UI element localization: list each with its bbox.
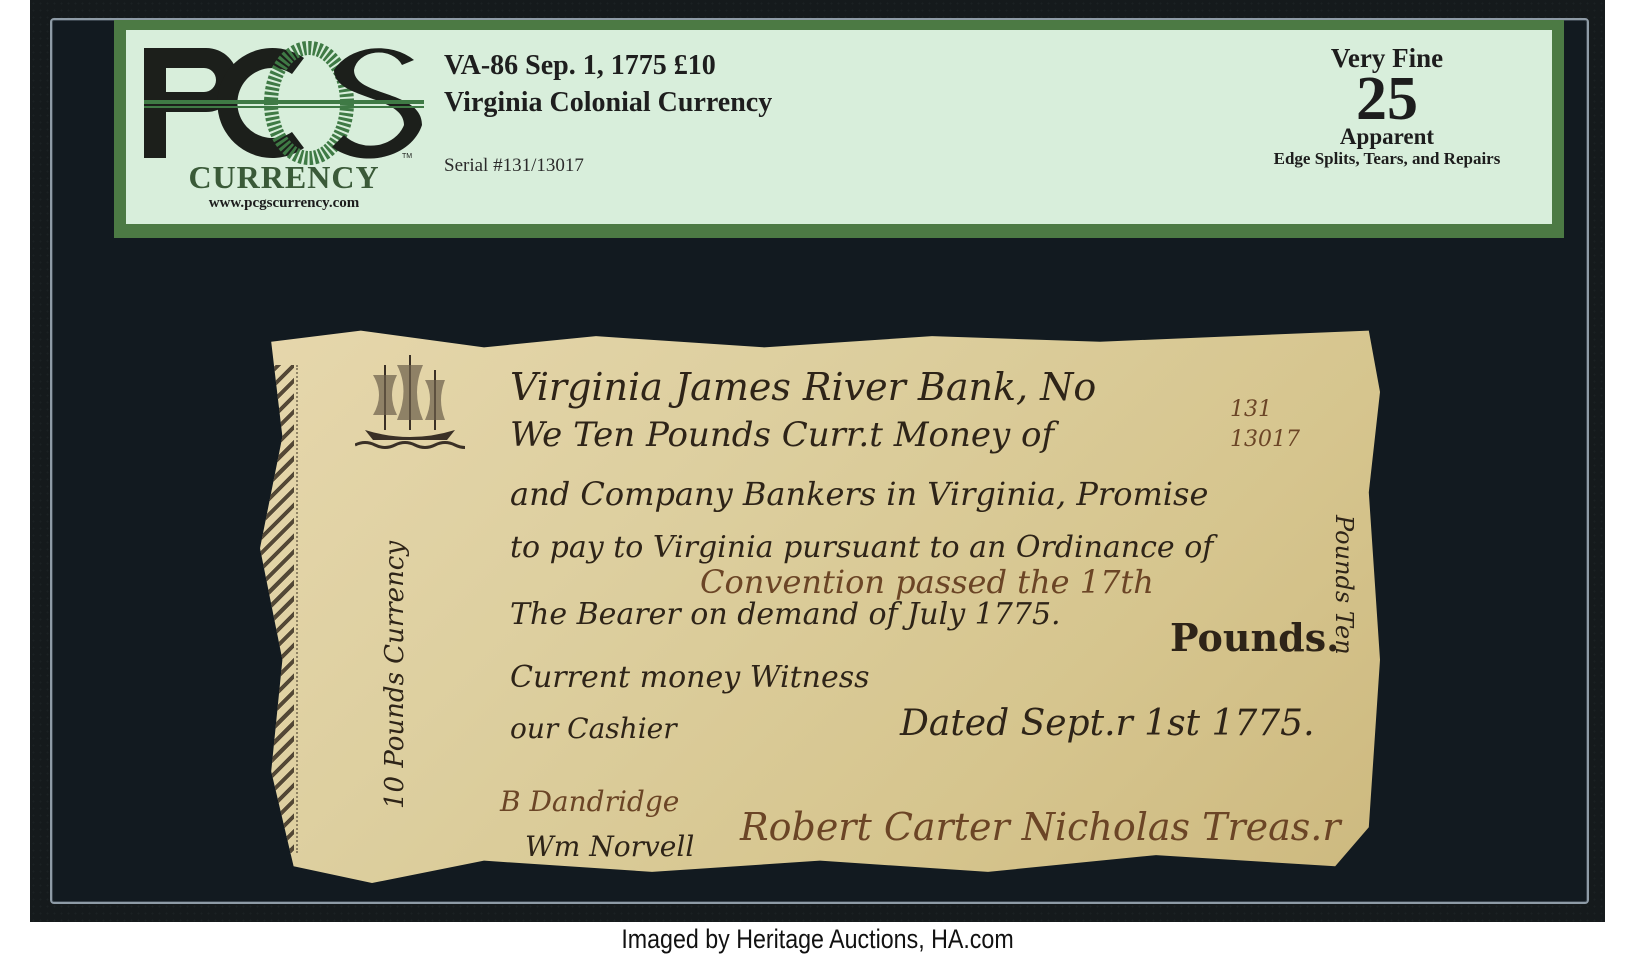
pounds-word: Pounds. <box>1170 615 1339 660</box>
svg-text:TM: TM <box>402 153 412 160</box>
grading-label-inner: TM CURRENCY www.pcgscurrency.com VA-86 S… <box>126 30 1552 224</box>
bank-name: Virginia James River Bank, No <box>510 365 1096 409</box>
note-text-line5: The Bearer on demand of July 1775. <box>510 597 1061 632</box>
serial-number: Serial #131/13017 <box>444 155 584 177</box>
svg-text:CURRENCY: CURRENCY <box>188 159 379 195</box>
grading-label: TM CURRENCY www.pcgscurrency.com VA-86 S… <box>114 20 1564 238</box>
note-text-line3: and Company Bankers in Virginia, Promise <box>510 475 1208 513</box>
signature-norvell: Wm Norvell <box>525 830 694 863</box>
photo-background: TM CURRENCY www.pcgscurrency.com VA-86 S… <box>30 0 1605 922</box>
website-link: www.pcgscurrency.com <box>144 195 424 212</box>
note-serial-bottom: 13017 <box>1230 425 1300 455</box>
hatched-border <box>260 365 294 853</box>
pcgs-logo-icon: TM CURRENCY <box>144 38 424 198</box>
note-text-line4: to pay to Virginia pursuant to an Ordina… <box>510 530 1213 565</box>
note-serial: 131 13017 <box>1230 395 1300 455</box>
grade-number: 25 <box>1242 72 1532 126</box>
image-credit: Imaged by Heritage Auctions, HA.com <box>114 922 1520 957</box>
scroll-border <box>296 365 358 853</box>
note-text-line7: our Cashier <box>510 712 677 745</box>
grade-block: Very Fine 25 Apparent Edge Splits, Tears… <box>1242 44 1532 170</box>
pcgs-logo: TM CURRENCY www.pcgscurrency.com <box>144 38 424 213</box>
banknote: 10 Pounds Currency Pounds Ten Virginia J… <box>260 325 1380 883</box>
note-category: Virginia Colonial Currency <box>444 87 772 119</box>
side-text-left: 10 Pounds Currency <box>380 525 420 825</box>
signature-dandridge: B Dandridge <box>500 785 679 818</box>
note-title: VA-86 Sep. 1, 1775 £10 <box>444 50 716 82</box>
sailing-ship-icon <box>355 350 465 460</box>
note-text-convention: Convention passed the 17th <box>700 563 1154 601</box>
note-date: Dated Sept.r 1st 1775. <box>900 703 1315 744</box>
slab-holder: TM CURRENCY www.pcgscurrency.com VA-86 S… <box>50 18 1589 904</box>
note-serial-top: 131 <box>1230 395 1300 425</box>
note-text-line2: We Ten Pounds Curr.t Money of <box>510 415 1054 455</box>
note-text-line6: Current money Witness <box>510 660 870 695</box>
signature-nicholas: Robert Carter Nicholas Treas.r <box>740 805 1341 849</box>
grade-qualifier: Apparent <box>1242 126 1532 148</box>
grade-note: Edge Splits, Tears, and Repairs <box>1242 148 1532 170</box>
